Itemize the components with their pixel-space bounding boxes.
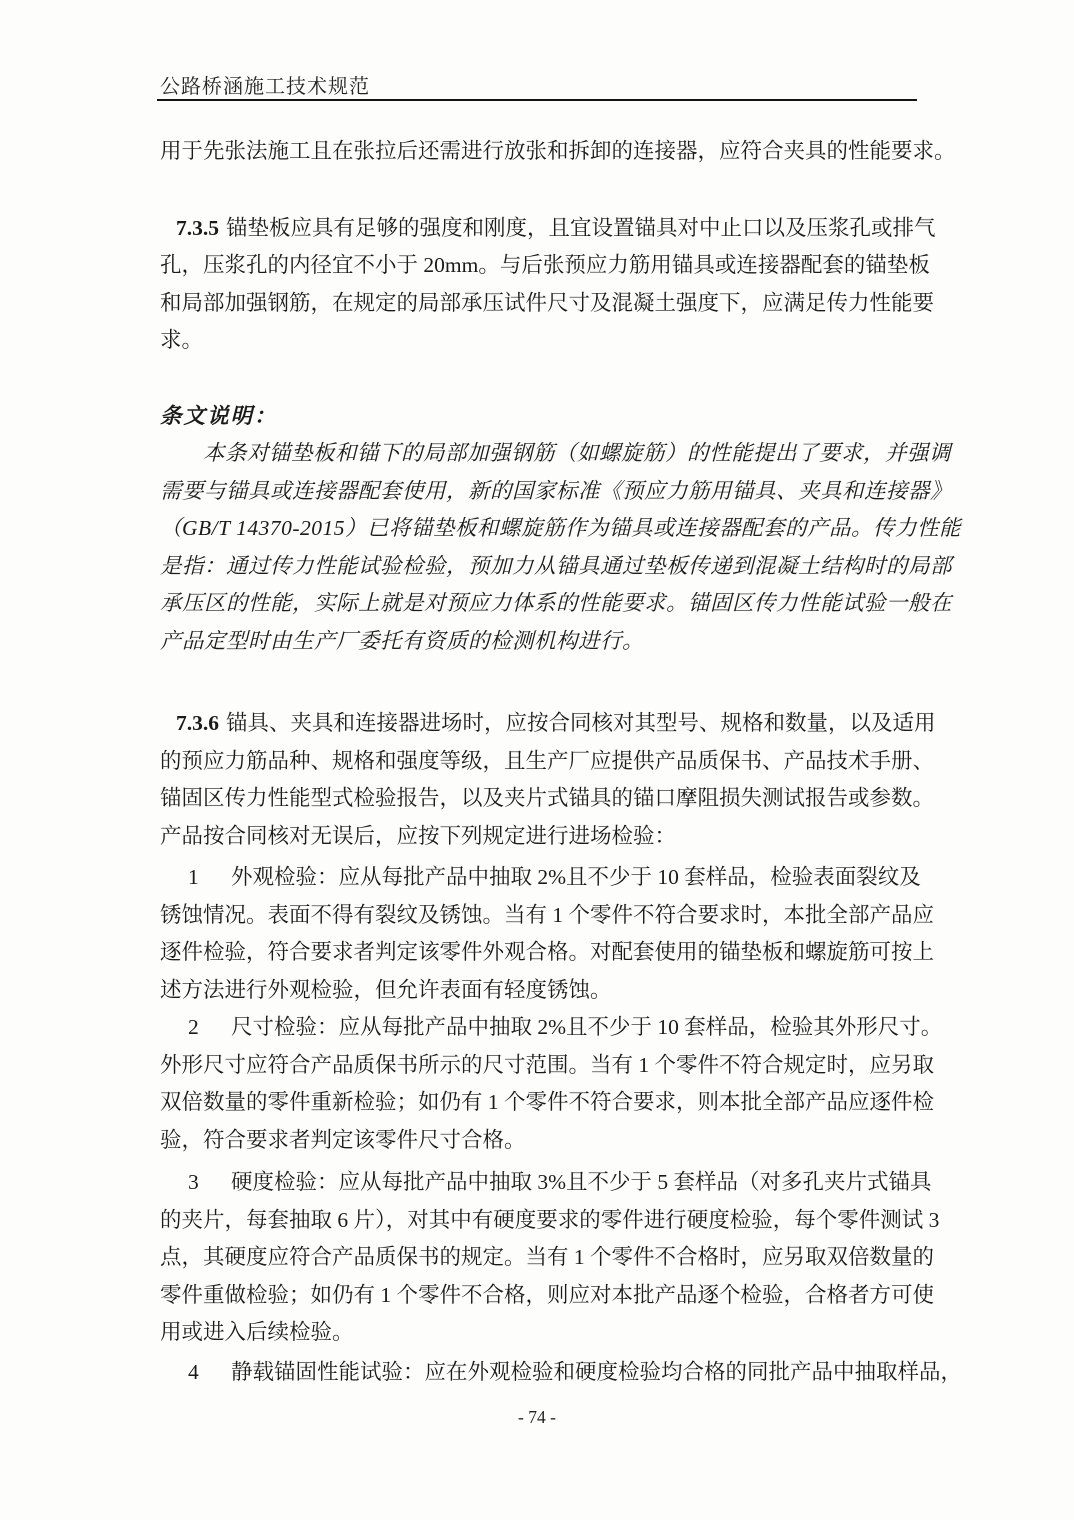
body-line: 7.3.5锚垫板应具有足够的强度和刚度，且宜设置锚具对中止口以及压浆孔或排气 [160, 210, 912, 248]
item-number: 4 [188, 1354, 231, 1392]
body-line: 点，其硬度应符合产品质保书的规定。当有 1 个零件不合格时，应另取双倍数量的 [160, 1239, 912, 1277]
body-line: 用于先张法施工且在张拉后还需进行放张和拆卸的连接器，应符合夹具的性能要求。 [160, 133, 912, 171]
body-line: 逐件检验，符合要求者判定该零件外观合格。对配套使用的锚垫板和螺旋筋可按上 [160, 934, 912, 972]
body-line: 3硬度检验：应从每批产品中抽取 3%且不少于 5 套样品（对多孔夹片式锚具 [160, 1164, 912, 1202]
body-line: 1外观检验：应从每批产品中抽取 2%且不少于 10 套样品，检验表面裂纹及 [160, 859, 912, 897]
body-line: 外形尺寸应符合产品质保书所示的尺寸范围。当有 1 个零件不符合规定时，应另取 [160, 1047, 912, 1085]
body-line: 零件重做检验；如仍有 1 个零件不合格，则应对本批产品逐个检验，合格者方可使 [160, 1277, 912, 1315]
item-number: 1 [188, 859, 231, 897]
body-line: 的预应力筋品种、规格和强度等级，且生产厂应提供产品质保书、产品技术手册、 [160, 743, 912, 781]
body-line: 2尺寸检验：应从每批产品中抽取 2%且不少于 10 套样品，检验其外形尺寸。 [160, 1009, 912, 1047]
inspection-item-1: 1外观检验：应从每批产品中抽取 2%且不少于 10 套样品，检验表面裂纹及 锈蚀… [160, 859, 912, 1009]
document-page: 公路桥涵施工技术规范 用于先张法施工且在张拉后还需进行放张和拆卸的连接器，应符合… [0, 0, 1074, 1520]
body-line: 述方法进行外观检验，但允许表面有轻度锈蚀。 [160, 972, 912, 1010]
body-line: 4静载锚固性能试验：应在外观检验和硬度检验均合格的同批产品中抽取样品， [160, 1354, 912, 1392]
body-line: 7.3.6锚具、夹具和连接器进场时，应按合同核对其型号、规格和数量，以及适用 [160, 705, 912, 743]
body-line: 产品定型时由生产厂委托有资质的检测机构进行。 [160, 623, 912, 661]
body-line: 和局部加强钢筋，在规定的局部承压试件尺寸及混凝土强度下，应满足传力性能要 [160, 285, 912, 323]
clause-number: 7.3.6 [176, 711, 219, 735]
lead-paragraph: 用于先张法施工且在张拉后还需进行放张和拆卸的连接器，应符合夹具的性能要求。 [160, 133, 912, 171]
body-line: 用或进入后续检验。 [160, 1314, 912, 1352]
item-text: 尺寸检验：应从每批产品中抽取 2%且不少于 10 套样品，检验其外形尺寸。 [231, 1015, 942, 1039]
clause-7-3-5: 7.3.5锚垫板应具有足够的强度和刚度，且宜设置锚具对中止口以及压浆孔或排气 孔… [160, 210, 912, 360]
body-line: 的夹片，每套抽取 6 片），对其中有硬度要求的零件进行硬度检验，每个零件测试 3 [160, 1202, 912, 1240]
clause-7-3-6: 7.3.6锚具、夹具和连接器进场时，应按合同核对其型号、规格和数量，以及适用 的… [160, 705, 912, 855]
body-line: 验，符合要求者判定该零件尺寸合格。 [160, 1122, 912, 1160]
body-line: 锈蚀情况。表面不得有裂纹及锈蚀。当有 1 个零件不符合要求时，本批全部产品应 [160, 897, 912, 935]
clause-text: 锚具、夹具和连接器进场时，应按合同核对其型号、规格和数量，以及适用 [226, 711, 936, 735]
body-line: 需要与锚具或连接器配套使用，新的国家标准《预应力筋用锚具、夹具和连接器》 [160, 473, 912, 511]
body-line: 是指：通过传力性能试验检验，预加力从锚具通过垫板传递到混凝土结构时的局部 [160, 548, 912, 586]
body-line: 求。 [160, 322, 912, 360]
item-text: 静载锚固性能试验：应在外观检验和硬度检验均合格的同批产品中抽取样品， [231, 1360, 962, 1384]
item-number: 3 [188, 1164, 231, 1202]
item-text: 外观检验：应从每批产品中抽取 2%且不少于 10 套样品，检验表面裂纹及 [231, 865, 921, 889]
commentary-heading: 条文说明： [160, 398, 912, 436]
page-body: 用于先张法施工且在张拉后还需进行放张和拆卸的连接器，应符合夹具的性能要求。 7.… [160, 133, 912, 1391]
body-line: （GB/T 14370-2015）已将锚垫板和螺旋筋作为锚具或连接器配套的产品。… [160, 510, 912, 548]
clause-text: 锚垫板应具有足够的强度和刚度，且宜设置锚具对中止口以及压浆孔或排气 [226, 216, 936, 240]
inspection-item-2: 2尺寸检验：应从每批产品中抽取 2%且不少于 10 套样品，检验其外形尺寸。 外… [160, 1009, 912, 1159]
header-rule [157, 99, 917, 101]
body-line: 本条对锚垫板和锚下的局部加强钢筋（如螺旋筋）的性能提出了要求，并强调 [160, 435, 912, 473]
item-number: 2 [188, 1009, 231, 1047]
running-head-title: 公路桥涵施工技术规范 [160, 70, 370, 99]
body-line: 双倍数量的零件重新检验；如仍有 1 个零件不符合要求，则本批全部产品应逐件检 [160, 1084, 912, 1122]
body-line: 孔，压浆孔的内径宜不小于 20mm。与后张预应力筋用锚具或连接器配套的锚垫板 [160, 247, 912, 285]
item-text: 硬度检验：应从每批产品中抽取 3%且不少于 5 套样品（对多孔夹片式锚具 [231, 1170, 932, 1194]
clause-number: 7.3.5 [176, 216, 219, 240]
commentary-paragraph: 本条对锚垫板和锚下的局部加强钢筋（如螺旋筋）的性能提出了要求，并强调 需要与锚具… [160, 435, 912, 660]
inspection-item-3: 3硬度检验：应从每批产品中抽取 3%且不少于 5 套样品（对多孔夹片式锚具 的夹… [160, 1164, 912, 1352]
page-number: - 74 - [0, 1407, 1074, 1428]
commentary-heading-label: 条文说明： [160, 398, 912, 436]
body-line: 锚固区传力性能型式检验报告，以及夹片式锚具的锚口摩阻损失测试报告或参数。 [160, 780, 912, 818]
inspection-item-4: 4静载锚固性能试验：应在外观检验和硬度检验均合格的同批产品中抽取样品， [160, 1354, 912, 1392]
body-line: 承压区的性能，实际上就是对预应力体系的性能要求。锚固区传力性能试验一般在 [160, 585, 912, 623]
body-line: 产品按合同核对无误后，应按下列规定进行进场检验： [160, 818, 912, 856]
